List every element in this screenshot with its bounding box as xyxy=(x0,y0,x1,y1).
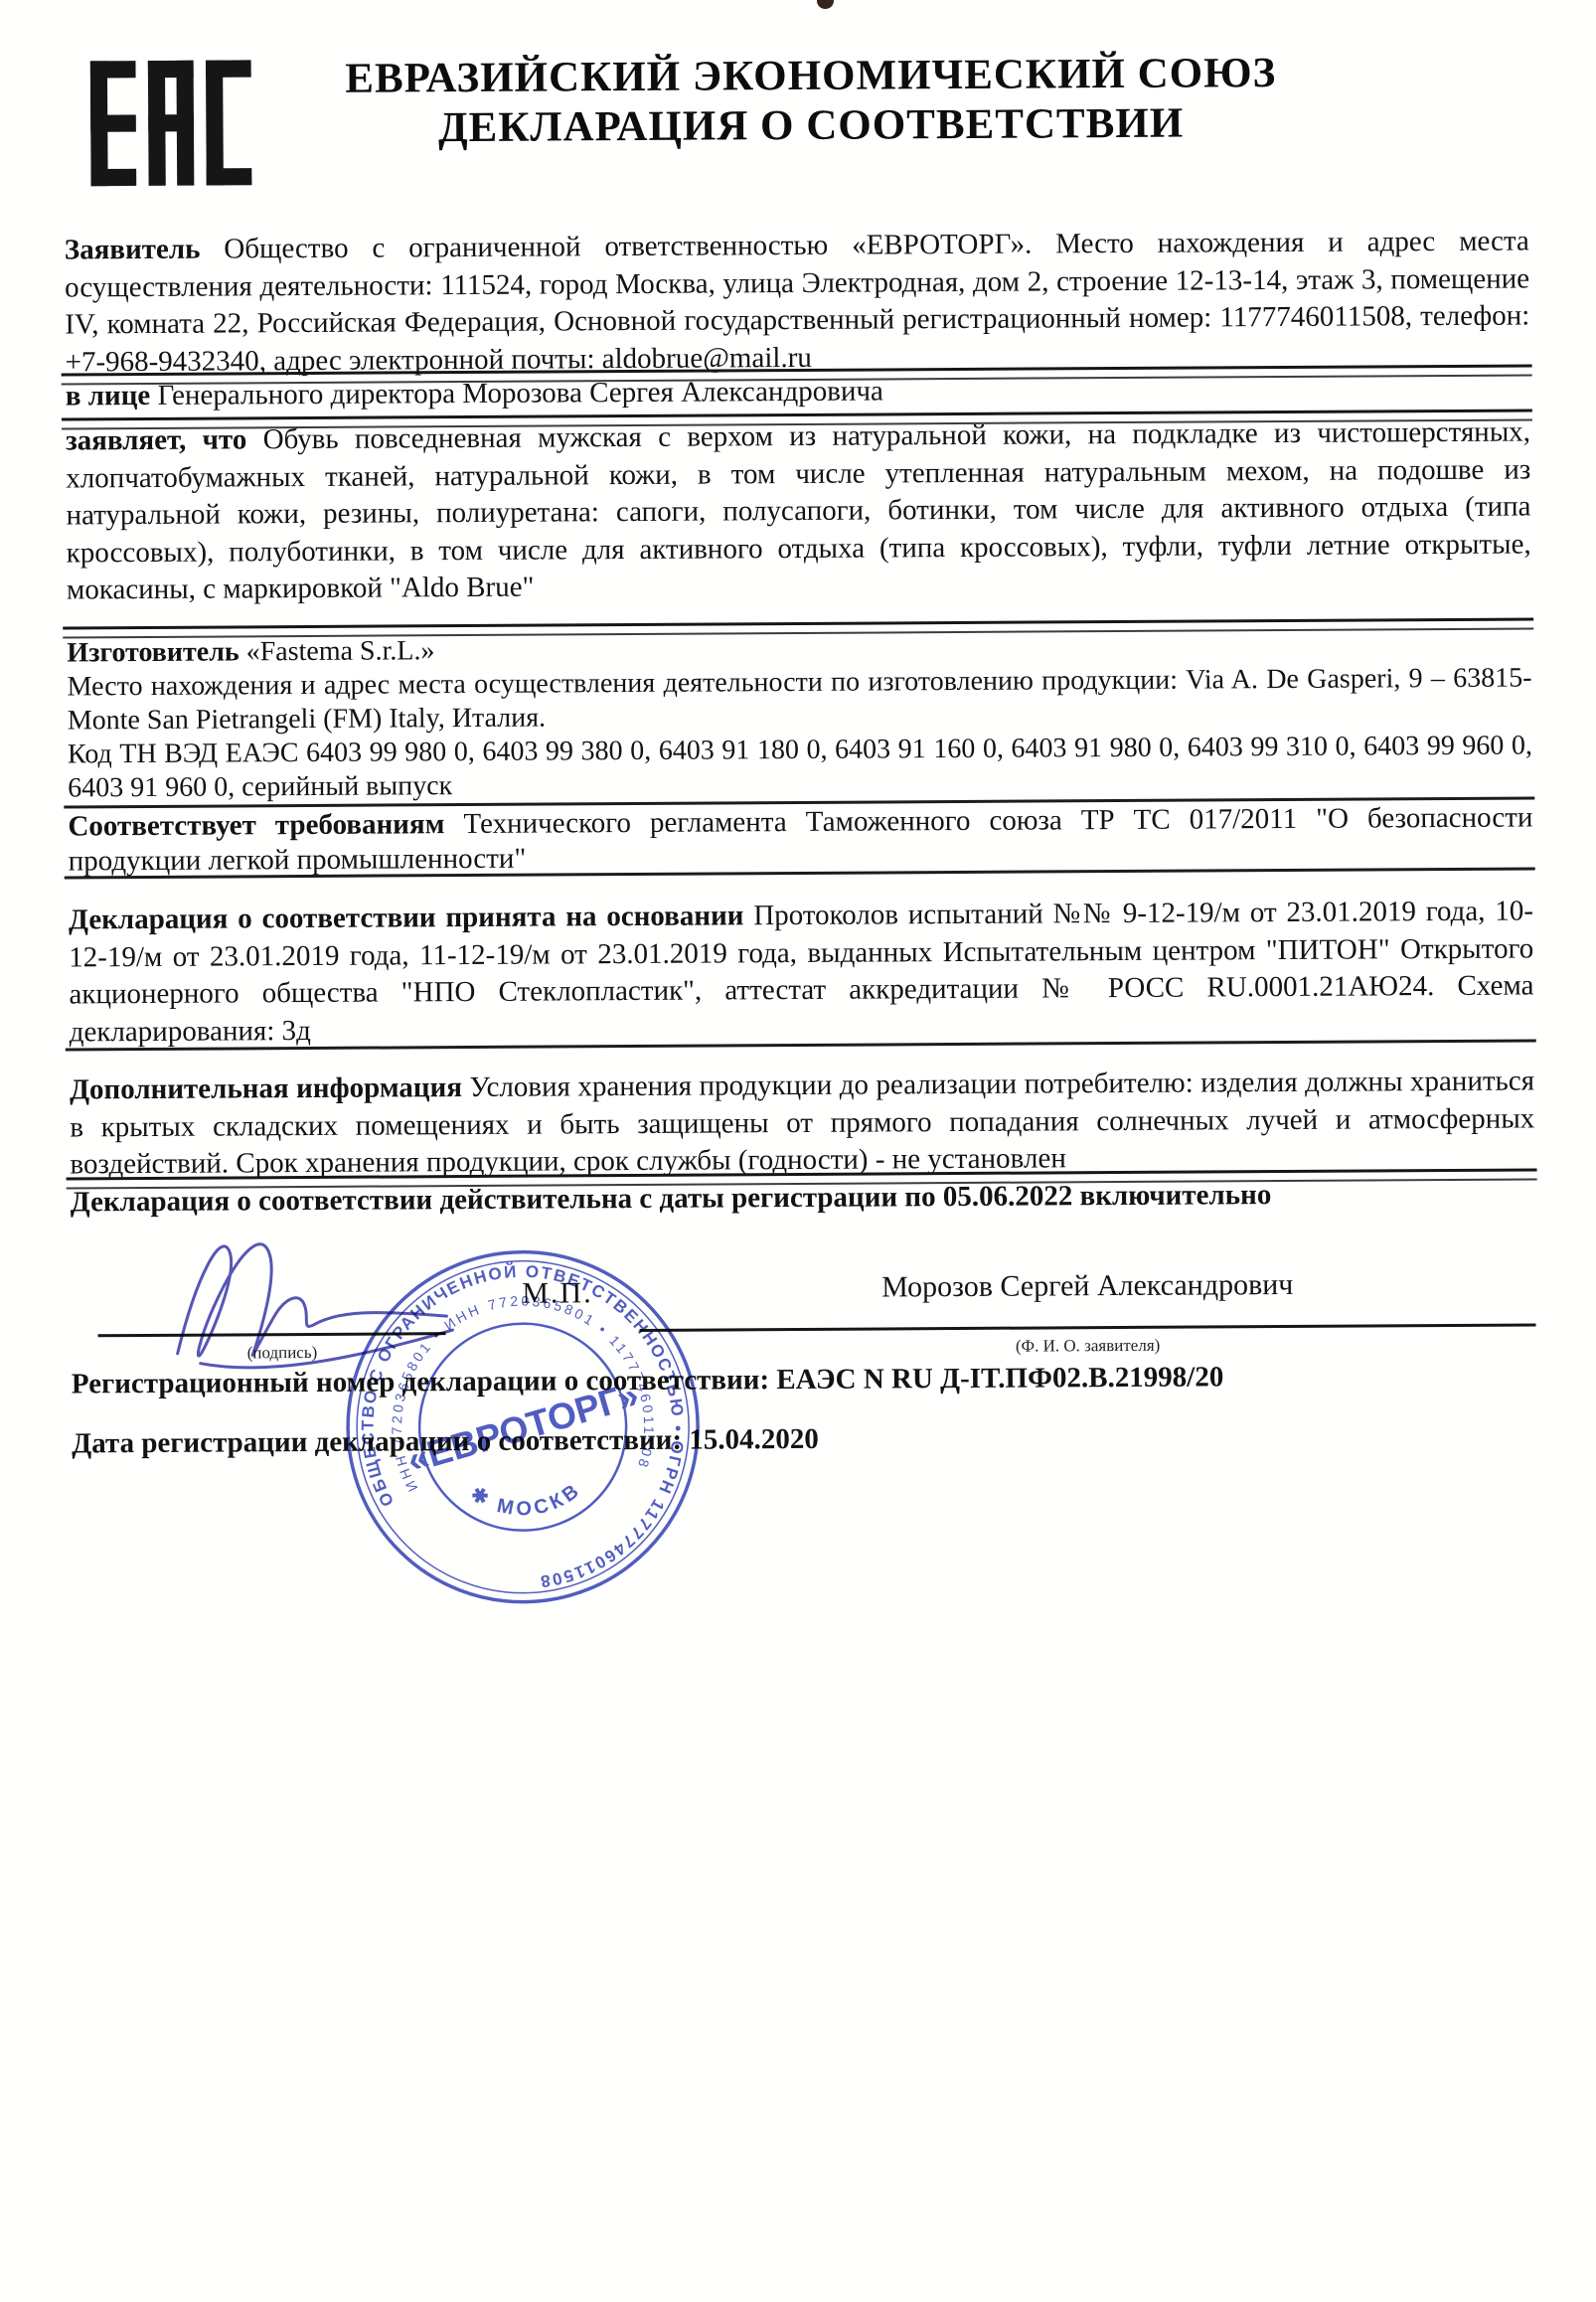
manufacturer-address: Место нахождения и адрес места осуществл… xyxy=(67,662,1531,736)
eac-logo-icon xyxy=(90,57,252,189)
section-in-person: в лице Генерального директора Морозова С… xyxy=(66,369,1530,415)
declares-label: заявляет, что xyxy=(66,423,246,456)
section-manufacturer: Изготовитель «Fastema S.r.L.»Место нахож… xyxy=(67,627,1532,805)
company-stamp: ОБЩЕСТВО С ОГРАНИЧЕННОЙ ОТВЕТСТВЕННОСТЬЮ… xyxy=(343,1247,703,1607)
signer-name: Морозов Сергей Александрович xyxy=(639,1266,1535,1306)
document-content: ЕВРАЗИЙСКИЙ ЭКОНОМИЧЕСКИЙ СОЮЗ ДЕКЛАРАЦИ… xyxy=(0,0,1596,2302)
section-applicant: Заявитель Общество с ограниченной ответс… xyxy=(65,223,1530,381)
in-person-text: Генерального директора Морозова Сергея А… xyxy=(157,375,883,411)
registration-date-line: Дата регистрации декларации о соответств… xyxy=(72,1417,1536,1460)
document-page: ЕВРАЗИЙСКИЙ ЭКОНОМИЧЕСКИЙ СОЮЗ ДЕКЛАРАЦИ… xyxy=(0,0,1596,2302)
title-line-1: ЕВРАЗИЙСКИЙ ЭКОНОМИЧЕСКИЙ СОЮЗ xyxy=(244,48,1377,104)
stamp-company-name: «ЕВРОТОРГ» xyxy=(402,1375,643,1481)
registration-date-value: 15.04.2020 xyxy=(689,1423,819,1456)
declares-text: Обувь повседневная мужская с верхом из н… xyxy=(66,415,1531,605)
manufacturer-label: Изготовитель xyxy=(67,636,239,668)
title-line-2: ДЕКЛАРАЦИЯ О СООТВЕТСТВИИ xyxy=(244,97,1377,154)
complies-label: Соответствует требованиям xyxy=(68,808,444,842)
manufacturer-tnved: Код ТН ВЭД ЕАЭС 6403 99 980 0, 6403 99 3… xyxy=(68,730,1532,803)
registration-number-value: ЕАЭС N RU Д-IT.ПФ02.В.21998/20 xyxy=(776,1361,1223,1396)
applicant-text: Общество с ограниченной ответственностью… xyxy=(65,225,1529,378)
signer-name-caption: (Ф. И. О. заявителя) xyxy=(640,1333,1536,1359)
in-person-label: в лице xyxy=(66,380,151,412)
document-title: ЕВРАЗИЙСКИЙ ЭКОНОМИЧЕСКИЙ СОЮЗ ДЕКЛАРАЦИ… xyxy=(244,48,1378,154)
additional-info-label: Дополнительная информация xyxy=(70,1071,462,1105)
manufacturer-name: «Fastema S.r.L.» xyxy=(246,635,435,667)
signer-name-line xyxy=(640,1323,1536,1332)
section-basis: Декларация о соответствии принята на осн… xyxy=(69,893,1534,1051)
section-complies: Соответствует требованиям Технического р… xyxy=(68,800,1532,879)
section-additional-info: Дополнительная информация Условия хранен… xyxy=(70,1063,1535,1184)
basis-label: Декларация о соответствии принята на осн… xyxy=(69,900,744,935)
section-declares: заявляет, что Обувь повседневная мужская… xyxy=(66,413,1531,609)
applicant-label: Заявитель xyxy=(65,234,201,266)
